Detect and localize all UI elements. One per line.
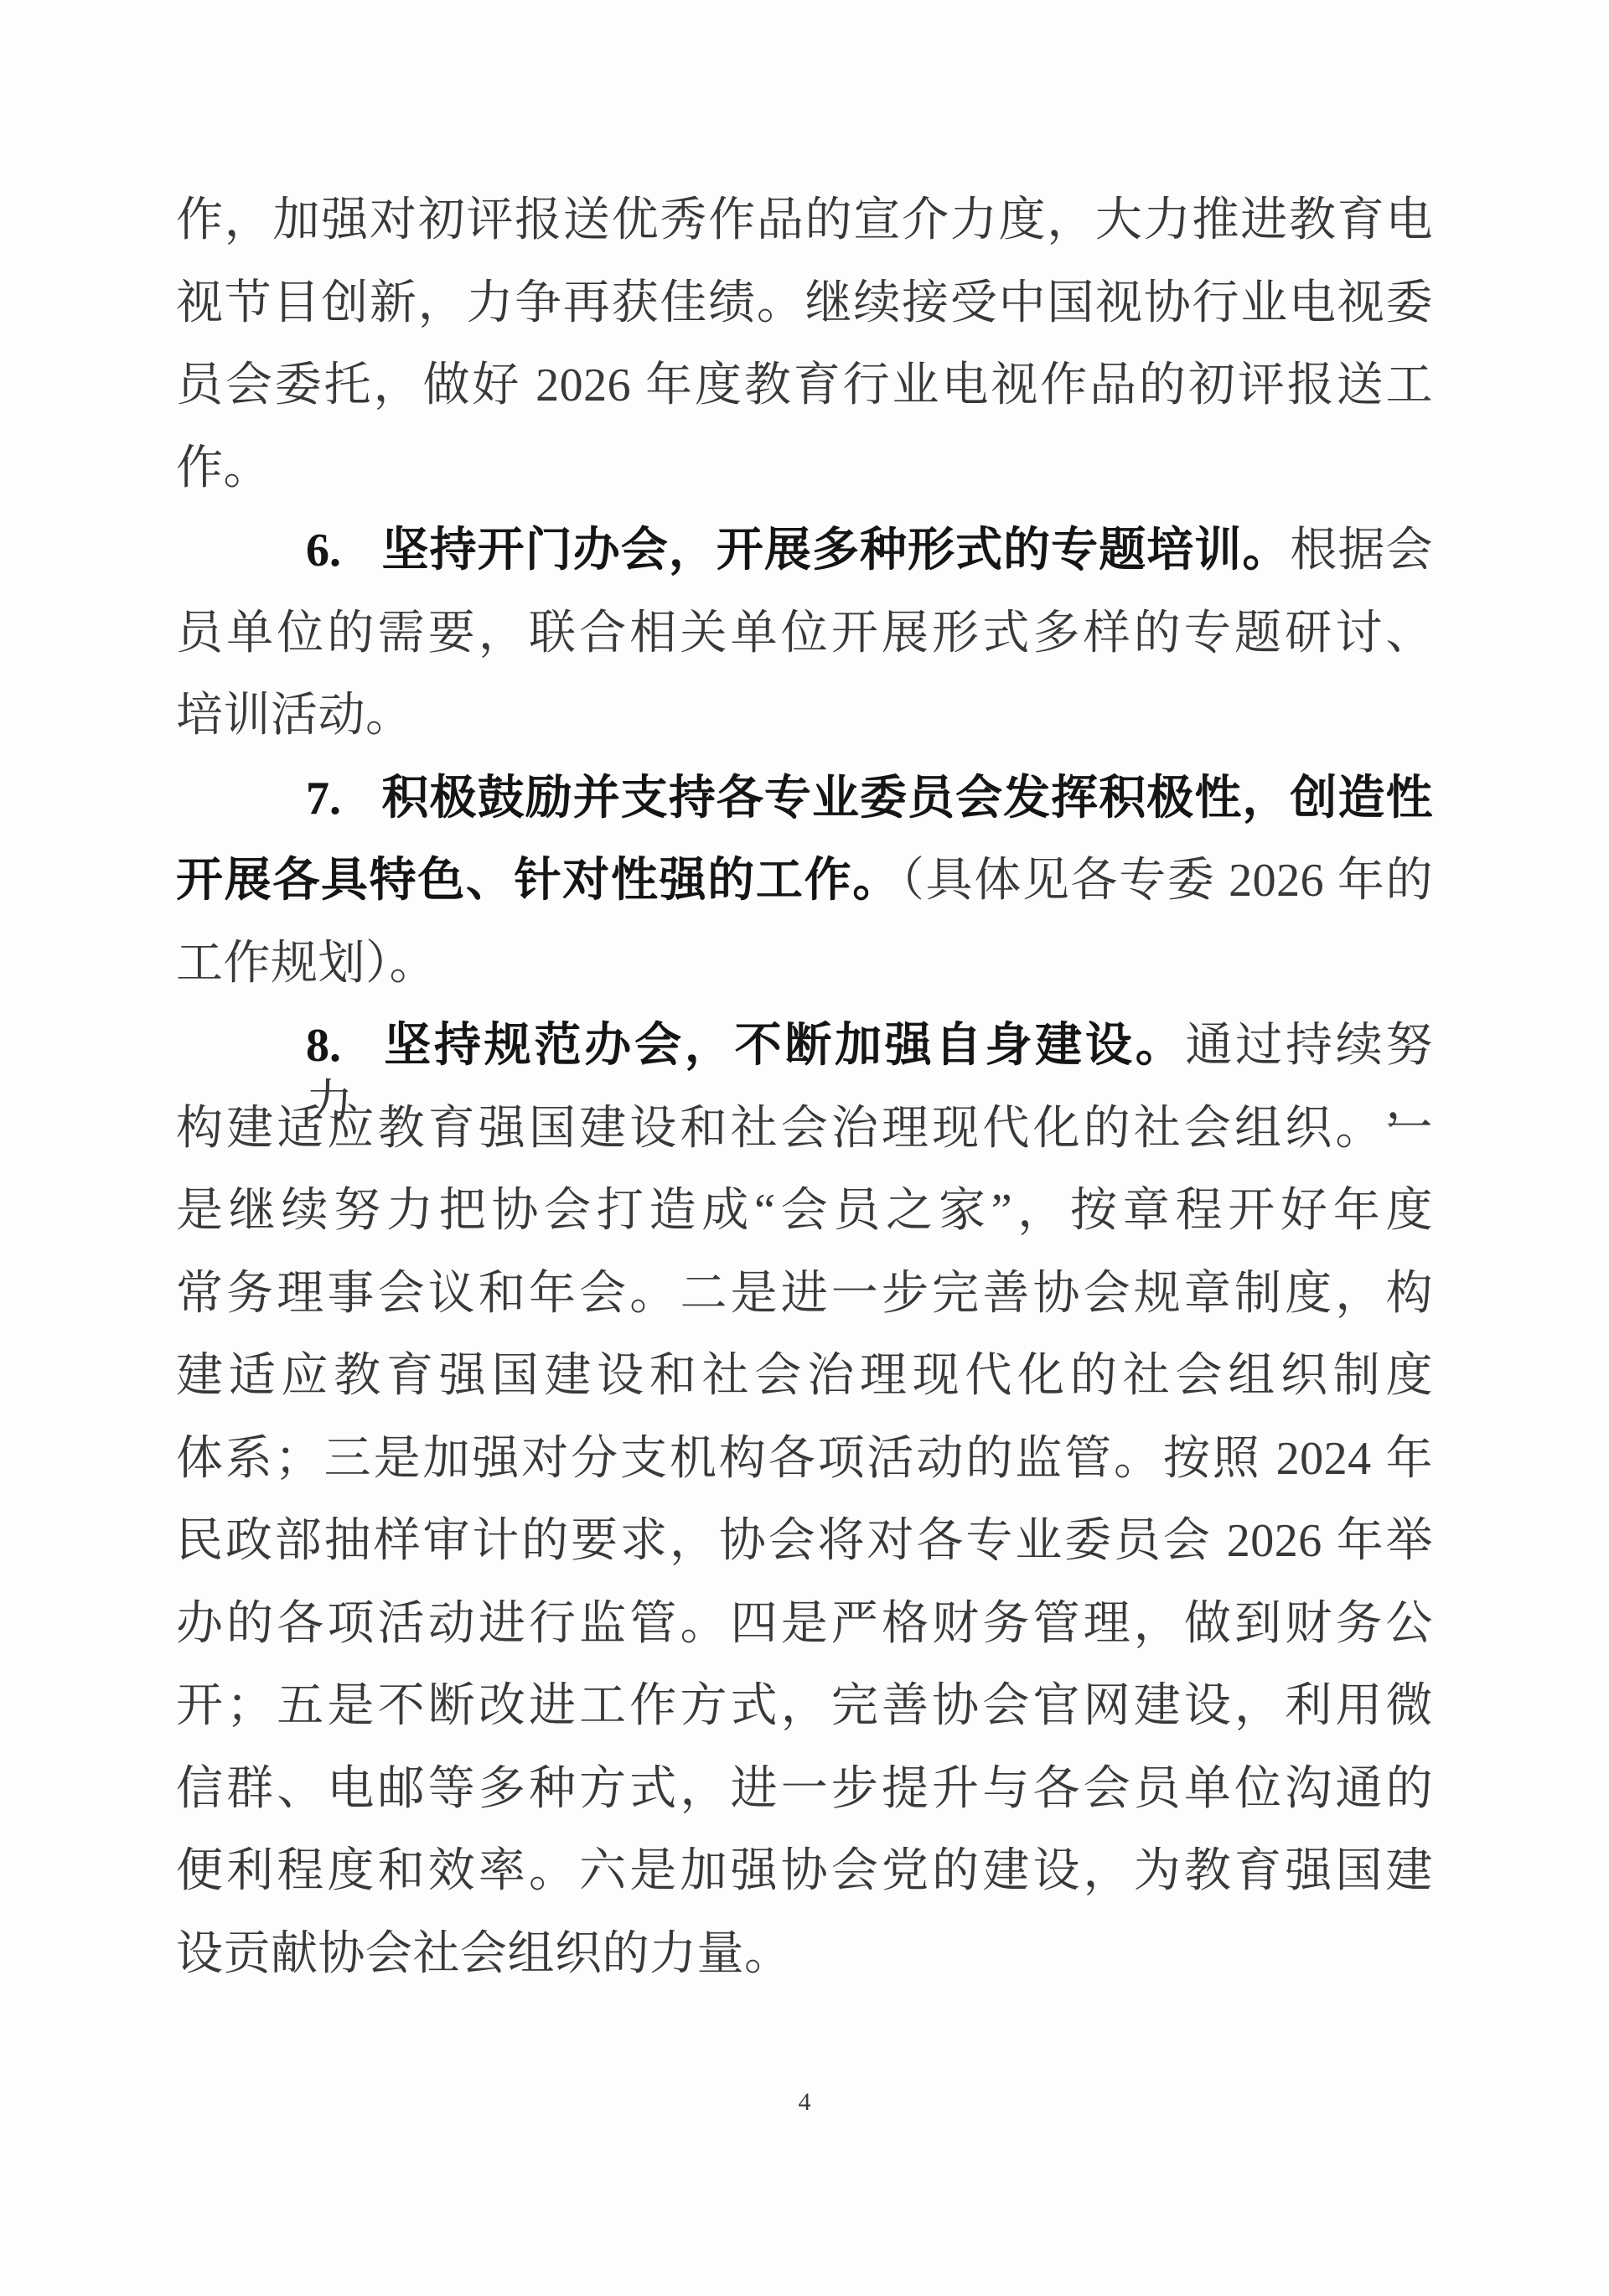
text-line-15: 建适应教育强国建设和社会治理现代化的社会组织制度 bbox=[176, 1347, 1433, 1404]
text-line-10: 工作规划）。 bbox=[176, 935, 1433, 992]
body-text: 设贡献协会社会组织的力量。 bbox=[176, 1928, 792, 1980]
body-text: 工作规划）。 bbox=[176, 938, 437, 990]
body-text: （具体见各专委 2026 年的 bbox=[901, 855, 1433, 907]
text-line-13: 是继续努力把协会打造成“会员之家”，按章程开好年度 bbox=[176, 1182, 1433, 1239]
body-text: 建适应教育强国建设和社会治理现代化的社会组织制度 bbox=[176, 1350, 1433, 1402]
body-text: 构建适应教育强国建设和社会治理现代化的社会组织。一 bbox=[176, 1103, 1433, 1155]
text-line-19: 开；五是不断改进工作方式，完善协会官网建设，利用微 bbox=[176, 1678, 1433, 1735]
text-line-17: 民政部抽样审计的要求，协会将对各专业委员会 2026 年举 bbox=[176, 1513, 1433, 1569]
text-line-12: 构建适应教育强国建设和社会治理现代化的社会组织。一 bbox=[176, 1100, 1433, 1157]
body-text: 作。 bbox=[176, 442, 271, 494]
page-number: 4 bbox=[176, 2088, 1433, 2117]
body-text: 体系；三是加强对分支机构各项活动的监管。按照 2024 年 bbox=[176, 1433, 1433, 1485]
item-number: 7. bbox=[306, 773, 341, 825]
item-number: 8. bbox=[306, 1020, 341, 1072]
body-text: 开；五是不断改进工作方式，完善协会官网建设，利用微 bbox=[176, 1680, 1433, 1732]
text-line-20: 信群、电邮等多种方式，进一步提升与各会员单位沟通的 bbox=[176, 1761, 1433, 1818]
body-text: 是继续努力把协会打造成“会员之家”，按章程开好年度 bbox=[176, 1185, 1433, 1237]
body-text: 常务理事会议和年会。二是进一步完善协会规章制度，构 bbox=[176, 1268, 1433, 1320]
text-line-5-item-6: 6.坚持开门办会，开展多种形式的专题培训。根据会 bbox=[176, 522, 1433, 579]
text-line-22: 设贡献协会社会组织的力量。 bbox=[176, 1926, 1433, 1983]
body-text: 办的各项活动进行监管。四是严格财务管理，做到财务公 bbox=[176, 1598, 1433, 1650]
body-text: 民政部抽样审计的要求，协会将对各专业委员会 2026 年举 bbox=[176, 1515, 1433, 1567]
text-line-3: 员会委托，做好 2026 年度教育行业电视作品的初评报送工 bbox=[176, 357, 1433, 414]
body-text: 信群、电邮等多种方式，进一步提升与各会员单位沟通的 bbox=[176, 1763, 1433, 1815]
text-line-4: 作。 bbox=[176, 440, 1433, 497]
body-text: 员单位的需要，联合相关单位开展形式多样的专题研讨、 bbox=[176, 608, 1433, 659]
item-number: 6. bbox=[306, 525, 341, 577]
text-line-7: 培训活动。 bbox=[176, 687, 1433, 744]
body-text: 便利程度和效率。六是加强协会党的建设，为教育强国建 bbox=[176, 1845, 1433, 1897]
text-line-6: 员单位的需要，联合相关单位开展形式多样的专题研讨、 bbox=[176, 605, 1433, 662]
text-line-18: 办的各项活动进行监管。四是严格财务管理，做到财务公 bbox=[176, 1595, 1433, 1652]
text-line-16: 体系；三是加强对分支机构各项活动的监管。按照 2024 年 bbox=[176, 1430, 1433, 1487]
text-line-1: 作，加强对初评报送优秀作品的宣介力度，大力推进教育电 bbox=[176, 192, 1433, 249]
text-line-8-item-7: 7.积极鼓励并支持各专业委员会发挥积极性，创造性 bbox=[176, 770, 1433, 827]
item-heading-text: 坚持开门办会，开展多种形式的专题培训。 bbox=[381, 525, 1290, 577]
body-text: 培训活动。 bbox=[176, 690, 413, 742]
text-line-21: 便利程度和效率。六是加强协会党的建设，为教育强国建 bbox=[176, 1843, 1433, 1900]
document-page: 作，加强对初评报送优秀作品的宣介力度，大力推进教育电 视节目创新，力争再获佳绩。… bbox=[0, 0, 1609, 2296]
body-text: 作，加强对初评报送优秀作品的宣介力度，大力推进教育电 bbox=[176, 194, 1433, 246]
body-text: 员会委托，做好 2026 年度教育行业电视作品的初评报送工 bbox=[176, 359, 1433, 411]
item-heading-text: 开展各具特色、针对性强的工作。 bbox=[176, 855, 901, 907]
item-heading-text: 坚持规范办会，不断加强自身建设。 bbox=[381, 1020, 1185, 1072]
body-text: 视节目创新，力争再获佳绩。继续接受中国视协行业电视委 bbox=[176, 277, 1433, 329]
item-heading-text: 积极鼓励并支持各专业委员会发挥积极性，创造性 bbox=[381, 773, 1433, 825]
body-text: 根据会 bbox=[1290, 525, 1433, 577]
text-line-9: 开展各具特色、针对性强的工作。（具体见各专委 2026 年的 bbox=[176, 852, 1433, 909]
text-line-2: 视节目创新，力争再获佳绩。继续接受中国视协行业电视委 bbox=[176, 275, 1433, 332]
text-line-14: 常务理事会议和年会。二是进一步完善协会规章制度，构 bbox=[176, 1265, 1433, 1322]
